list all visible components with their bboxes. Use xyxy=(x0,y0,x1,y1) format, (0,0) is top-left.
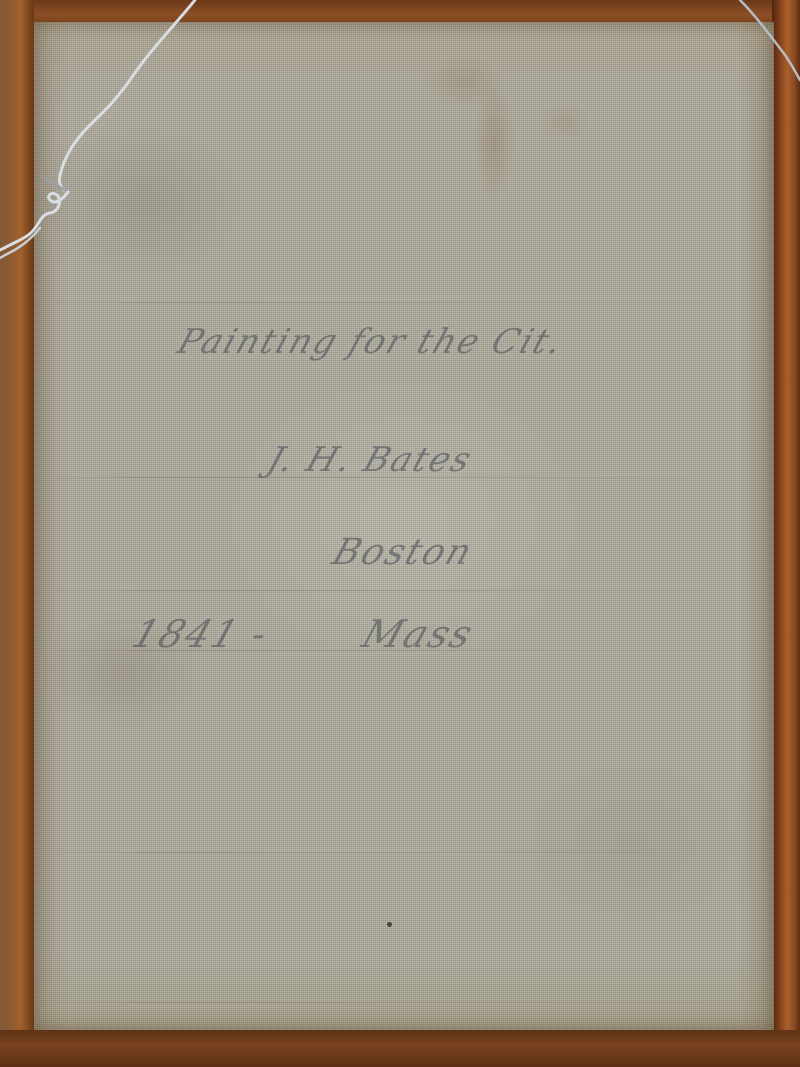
frame-left-stile xyxy=(0,0,34,1067)
frame-bottom-rail xyxy=(0,1030,800,1067)
canvas-back: Painting for the Cit. J. H. Bates Boston… xyxy=(34,22,774,1030)
inscription-year: 1841 - xyxy=(127,612,275,656)
wooden-frame: Painting for the Cit. J. H. Bates Boston… xyxy=(0,0,800,1067)
frame-right-stile xyxy=(772,0,800,1067)
inscription-line-2: J. H. Bates xyxy=(263,440,478,480)
inscription-line-3: Boston xyxy=(327,532,478,573)
canvas-speck xyxy=(387,922,392,927)
canvas-thread-line xyxy=(34,590,774,591)
canvas-thread-line xyxy=(34,1002,774,1003)
frame-top-rail xyxy=(0,0,800,24)
inscription-place: Mass xyxy=(357,612,480,656)
canvas-thread-line xyxy=(34,302,774,303)
inscription-line-1: Painting for the Cit. xyxy=(173,322,569,362)
canvas-thread-line xyxy=(34,852,774,853)
